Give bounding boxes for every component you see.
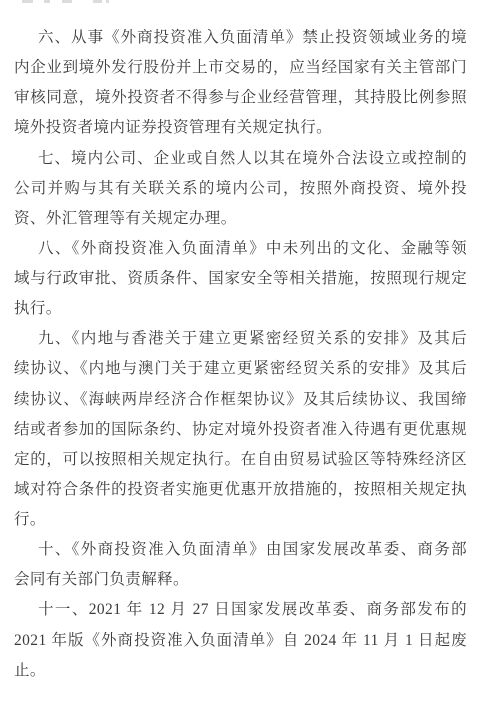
text-line: 七、境内公司、企业或自然人以其在境外合法设立或控制的 bbox=[14, 144, 467, 174]
paragraph-item-11: 十一、2021 年 12 月 27 日国家发展改革委、商务部发布的2021 年版… bbox=[14, 595, 467, 685]
cutoff-text-artifact bbox=[106, 0, 109, 3]
document-body: 六、从事《外商投资准入负面清单》禁止投资领域业务的境内企业到境外发行股份并上市交… bbox=[14, 23, 467, 686]
text-line: 续协议、《内地与澳门关于建立更紧密经贸关系的安排》及其后 bbox=[14, 354, 467, 384]
text-line: 会同有关部门负责解释。 bbox=[14, 565, 467, 595]
text-line: 十、《外商投资准入负面清单》由国家发展改革委、商务部 bbox=[14, 535, 467, 565]
text-line: 2021 年版《外商投资准入负面清单》自 2024 年 11 月 1 日起废 bbox=[14, 626, 467, 656]
text-line: 行。 bbox=[14, 505, 467, 535]
text-line: 十一、2021 年 12 月 27 日国家发展改革委、商务部发布的 bbox=[14, 595, 467, 625]
paragraph-item-10: 十、《外商投资准入负面清单》由国家发展改革委、商务部会同有关部门负责解释。 bbox=[14, 535, 467, 595]
text-line: 结或者参加的国际条约、协定对境外投资者准入待遇有更优惠规 bbox=[14, 415, 467, 445]
cutoff-text-artifact bbox=[44, 0, 50, 3]
paragraph-item-8: 八、《外商投资准入负面清单》中未列出的文化、金融等领域与行政审批、资质条件、国家… bbox=[14, 234, 467, 324]
text-line: 执行。 bbox=[14, 294, 467, 324]
text-line: 资、外汇管理等有关规定办理。 bbox=[14, 204, 467, 234]
text-line: 内企业到境外发行股份并上市交易的，应当经国家有关主管部门 bbox=[14, 53, 467, 83]
cutoff-text-artifact bbox=[93, 0, 102, 3]
text-line: 六、从事《外商投资准入负面清单》禁止投资领域业务的境 bbox=[14, 23, 467, 53]
text-line: 公司并购与其有关联关系的境内公司，按照外商投资、境外投 bbox=[14, 174, 467, 204]
paragraph-item-7: 七、境内公司、企业或自然人以其在境外合法设立或控制的公司并购与其有关联关系的境内… bbox=[14, 144, 467, 234]
cutoff-text-artifact bbox=[22, 0, 33, 3]
text-line: 域与行政审批、资质条件、国家安全等相关措施，按照现行规定 bbox=[14, 264, 467, 294]
paragraph-item-9: 九、《内地与香港关于建立更紧密经贸关系的安排》及其后续协议、《内地与澳门关于建立… bbox=[14, 324, 467, 535]
document-page: 六、从事《外商投资准入负面清单》禁止投资领域业务的境内企业到境外发行股份并上市交… bbox=[0, 0, 483, 706]
text-line: 境外投资者境内证券投资管理有关规定执行。 bbox=[14, 113, 467, 143]
text-line: 八、《外商投资准入负面清单》中未列出的文化、金融等领 bbox=[14, 234, 467, 264]
text-line: 止。 bbox=[14, 656, 467, 686]
text-line: 域对符合条件的投资者实施更优惠开放措施的，按照相关规定执 bbox=[14, 475, 467, 505]
paragraph-item-6: 六、从事《外商投资准入负面清单》禁止投资领域业务的境内企业到境外发行股份并上市交… bbox=[14, 23, 467, 144]
text-line: 续协议、《海峡两岸经济合作框架协议》及其后续协议、我国缔 bbox=[14, 385, 467, 415]
text-line: 九、《内地与香港关于建立更紧密经贸关系的安排》及其后 bbox=[14, 324, 467, 354]
text-line: 审核同意，境外投资者不得参与企业经营管理，其持股比例参照 bbox=[14, 83, 467, 113]
text-line: 定的，可以按照相关规定执行。在自由贸易试验区等特殊经济区 bbox=[14, 445, 467, 475]
cutoff-text-artifact bbox=[62, 0, 72, 3]
